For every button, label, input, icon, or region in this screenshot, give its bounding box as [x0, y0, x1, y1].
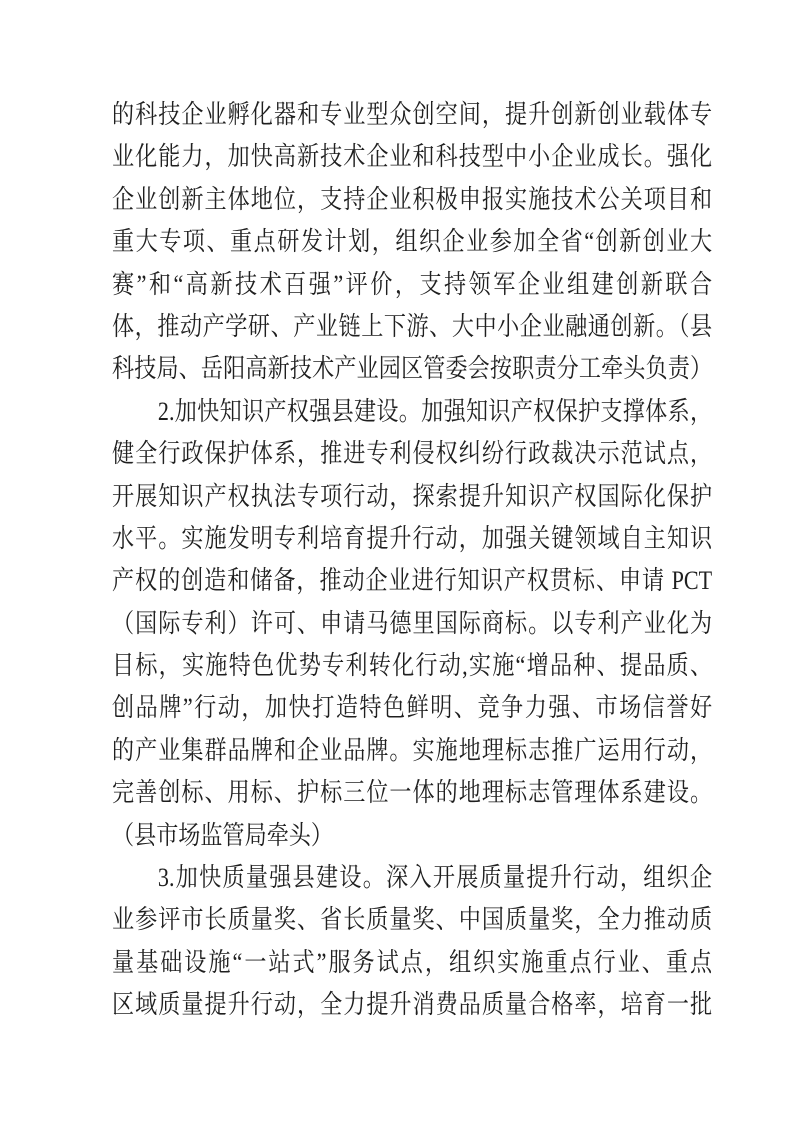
- text-line: 体，推动产学研、产业链上下游、大中小企业融通创新。（县: [112, 306, 712, 348]
- text-line: 开展知识产权执法专项行动，探索提升知识产权国际化保护: [112, 476, 712, 518]
- text-line: 3.加快质量强县建设。深入开展质量提升行动，组织企: [112, 857, 712, 899]
- text-line: 完善创标、用标、护标三位一体的地理标志管理体系建设。: [112, 772, 712, 814]
- paragraph-2-intellectual-property-strong-county: 2.加快知识产权强县建设。加强知识产权保护支撑体系，健全行政保护体系，推进专利侵…: [112, 391, 712, 857]
- text-line: 健全行政保护体系，推进专利侵权纠纷行政裁决示范试点，: [112, 433, 712, 475]
- text-line: （国际专利）许可、申请马德里国际商标。以专利产业化为: [112, 603, 712, 645]
- text-line: 业参评市长质量奖、省长质量奖、中国质量奖，全力推动质: [112, 899, 712, 941]
- text-line: 赛”和“高新技术百强”评价，支持领军企业组建创新联合: [112, 264, 712, 306]
- text-line: 水平。实施发明专利培育提升行动，加强关键领域自主知识: [112, 518, 712, 560]
- text-line: 创品牌”行动，加快打造特色鲜明、竞争力强、市场信誉好: [112, 687, 712, 729]
- text-line: 量基础设施“一站式”服务试点，组织实施重点行业、重点: [112, 942, 712, 984]
- text-line: 目标，实施特色优势专利转化行动,实施“增品种、提品质、: [112, 645, 712, 687]
- document-page: 的科技企业孵化器和专业型众创空间，提升创新创业载体专业化能力，加快高新技术企业和…: [0, 0, 793, 1122]
- text-line: 的产业集群品牌和企业品牌。实施地理标志推广运用行动，: [112, 730, 712, 772]
- text-line: 的科技企业孵化器和专业型众创空间，提升创新创业载体专: [112, 94, 712, 136]
- document-text: 的科技企业孵化器和专业型众创空间，提升创新创业载体专业化能力，加快高新技术企业和…: [112, 94, 712, 1027]
- paragraph-3-quality-strong-county: 3.加快质量强县建设。深入开展质量提升行动，组织企业参评市长质量奖、省长质量奖、…: [112, 857, 712, 1027]
- text-line: （县市场监管局牵头）: [112, 815, 712, 857]
- text-line: 业化能力，加快高新技术企业和科技型中小企业成长。强化: [112, 136, 712, 178]
- text-line: 科技局、岳阳高新技术产业园区管委会按职责分工牵头负责）: [112, 348, 712, 390]
- paragraph-innovation-carriers-continued: 的科技企业孵化器和专业型众创空间，提升创新创业载体专业化能力，加快高新技术企业和…: [112, 94, 712, 391]
- text-line: 区域质量提升行动，全力提升消费品质量合格率，培育一批: [112, 984, 712, 1026]
- text-line: 2.加快知识产权强县建设。加强知识产权保护支撑体系，: [112, 391, 712, 433]
- text-line: 企业创新主体地位，支持企业积极申报实施技术公关项目和: [112, 179, 712, 221]
- text-line: 重大专项、重点研发计划，组织企业参加全省“创新创业大: [112, 221, 712, 263]
- text-line: 产权的创造和储备，推动企业进行知识产权贯标、申请 PCT: [112, 560, 712, 602]
